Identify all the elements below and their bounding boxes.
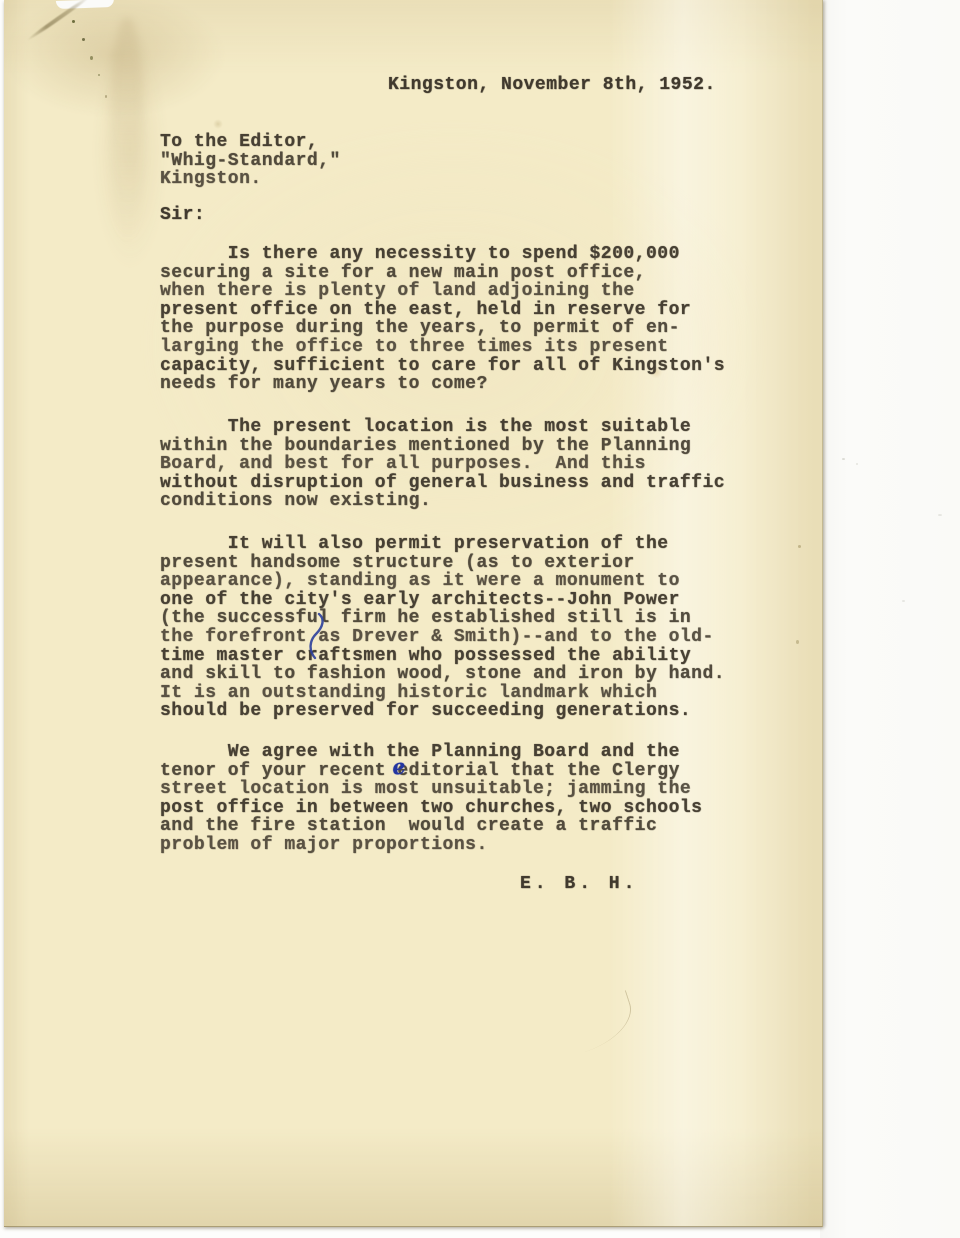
scan-speck (856, 463, 858, 465)
typed-line: without disruption of general business a… (160, 474, 770, 493)
typed-line: present handsome structure (as to exteri… (160, 554, 770, 573)
typed-line: (the successful firm he established stil… (160, 609, 770, 628)
scan-speck (938, 514, 942, 516)
typed-line: conditions now existing. (160, 492, 770, 511)
typed-line: post office in between two churches, two… (160, 799, 770, 818)
signature-initials: E. B. H. (520, 875, 638, 894)
typed-line: appearance), standing as it were a monum… (160, 572, 770, 591)
typed-line: tenor of your recent editorial that the … (160, 762, 770, 781)
scan-background (820, 0, 960, 1238)
typed-line: present office on the east, held in rese… (160, 301, 770, 320)
typed-line: needs for many years to come? (160, 375, 770, 394)
typed-line: capacity, sufficient to care for all of … (160, 357, 770, 376)
typed-line: within the boundaries mentioned by the P… (160, 437, 770, 456)
typed-line: the purpose during the years, to permit … (160, 319, 770, 338)
paragraph: The present location is the most suitabl… (160, 418, 770, 511)
scanned-letter: Kingston, November 8th, 1952. To the Edi… (0, 0, 960, 1238)
typed-line: securing a site for a new main post offi… (160, 264, 770, 283)
typed-line: and skill to fashion wood, stone and iro… (160, 665, 770, 684)
handwritten-letter-e: e (391, 755, 407, 778)
typed-line: It will also permit preservation of the (160, 535, 770, 554)
typed-line: should be preserved for succeeding gener… (160, 702, 770, 721)
typed-line: street location is most unsuitable; jamm… (160, 780, 770, 799)
paragraph: Is there any necessity to spend $200,000… (160, 245, 770, 394)
typed-line: larging the office to three times its pr… (160, 338, 770, 357)
scan-speck (842, 458, 845, 460)
letter-body: Is there any necessity to spend $200,000… (4, 0, 822, 1226)
typed-line: We agree with the Planning Board and the (160, 743, 770, 762)
typed-line: Is there any necessity to spend $200,000 (160, 245, 770, 264)
typed-line: Board, and best for all purposes. And th… (160, 455, 770, 474)
typed-line: problem of major proportions. (160, 836, 770, 855)
typed-line: It is an outstanding historic landmark w… (160, 684, 770, 703)
typed-line: The present location is the most suitabl… (160, 418, 770, 437)
handwritten-insertion-stroke (303, 612, 329, 662)
typed-line: and the fire station would create a traf… (160, 817, 770, 836)
typed-line: one of the city's early architects--John… (160, 591, 770, 610)
paragraph: It will also permit preservation of thep… (160, 535, 770, 721)
typed-line: the forefront as Drever & Smith)--and to… (160, 628, 770, 647)
scan-speck (902, 600, 905, 602)
letter-paper: Kingston, November 8th, 1952. To the Edi… (4, 0, 823, 1227)
typed-line: when there is plenty of land adjoining t… (160, 282, 770, 301)
typed-line: time master craftsmen who possessed the … (160, 647, 770, 666)
paragraph: We agree with the Planning Board and the… (160, 743, 770, 855)
